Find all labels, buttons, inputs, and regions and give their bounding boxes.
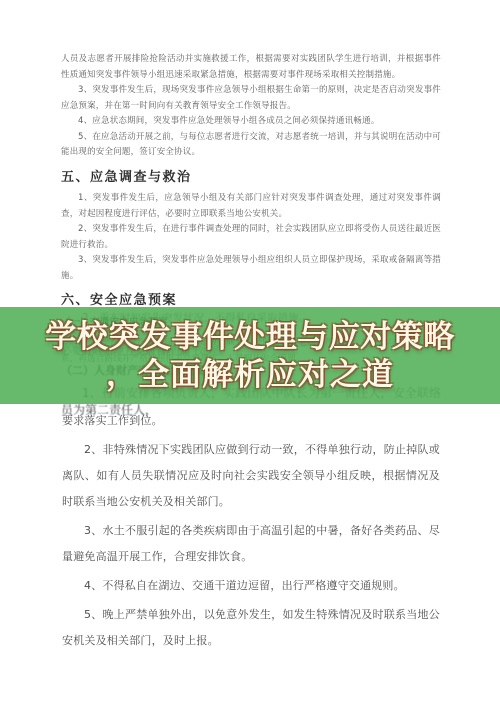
paragraph: 5、晚上严禁单独外出，以免意外发生，如发生特殊情况及时联系当地公安机关及相关部门…	[62, 602, 440, 654]
banner-overlay: 学校突发事件处理与应对策略 ，全面解析应对之道	[0, 307, 500, 404]
banner-title-line-1: 学校突发事件处理与应对策略	[45, 318, 455, 356]
paragraph: 3、突发事件发生后，现场突发事件应急领导小组根据生命第一的原则，决定是否启动突发…	[61, 83, 441, 114]
paragraph: 2、非特殊情况下实践团队应做到行动一致，不得单独行动，防止掉队或离队、如有人员失…	[62, 437, 440, 515]
document-page: 人员及志愿者开展排险抢险活动并实施救援工作，根据需要对实践团队学生进行培训，并根…	[0, 0, 500, 707]
paragraph: 人员及志愿者开展排险抢险活动并实施救援工作，根据需要对实践团队学生进行培训，并根…	[61, 52, 441, 83]
paragraph: 3、水土不服引起的各类疾病即由于高温引起的中暑，备好各类药品、尽量避免高温开展工…	[62, 518, 440, 570]
paragraph: 4、不得私自在湖边、交通干道边逗留，出行严格遵守交通规则。	[62, 573, 440, 599]
paragraph: 2、突发事件发生后，在进行事件调查处理的同时，社会实践团队应立即将受伤人员送往最…	[61, 222, 441, 253]
section-heading-emergency-investigation: 五、应急调查与救治	[61, 170, 441, 186]
paragraph: 5、在应急活动开展之前，与每位志愿者进行交流，对志愿者统一培训，并与其说明在活动…	[61, 130, 441, 161]
document-section-bottom: 要求落实工作到位。 2、非特殊情况下实践团队应做到行动一致，不得单独行动，防止掉…	[62, 408, 440, 657]
paragraph: 3、突发事件发生后，突发事件应急处理领导小组应组织人员立即保护现场，采取戒备隔离…	[61, 253, 441, 284]
paragraph: 4、应急状态期间，突发事件应急处理领导小组各成员之间必须保持通讯畅通。	[61, 114, 441, 130]
paragraph: 1、突发事件发生后，应急领导小组及有关部门应针对突发事件调查处理，通过对突发事件…	[61, 191, 441, 222]
banner-title-line-2: ，全面解析应对之道	[106, 356, 394, 394]
